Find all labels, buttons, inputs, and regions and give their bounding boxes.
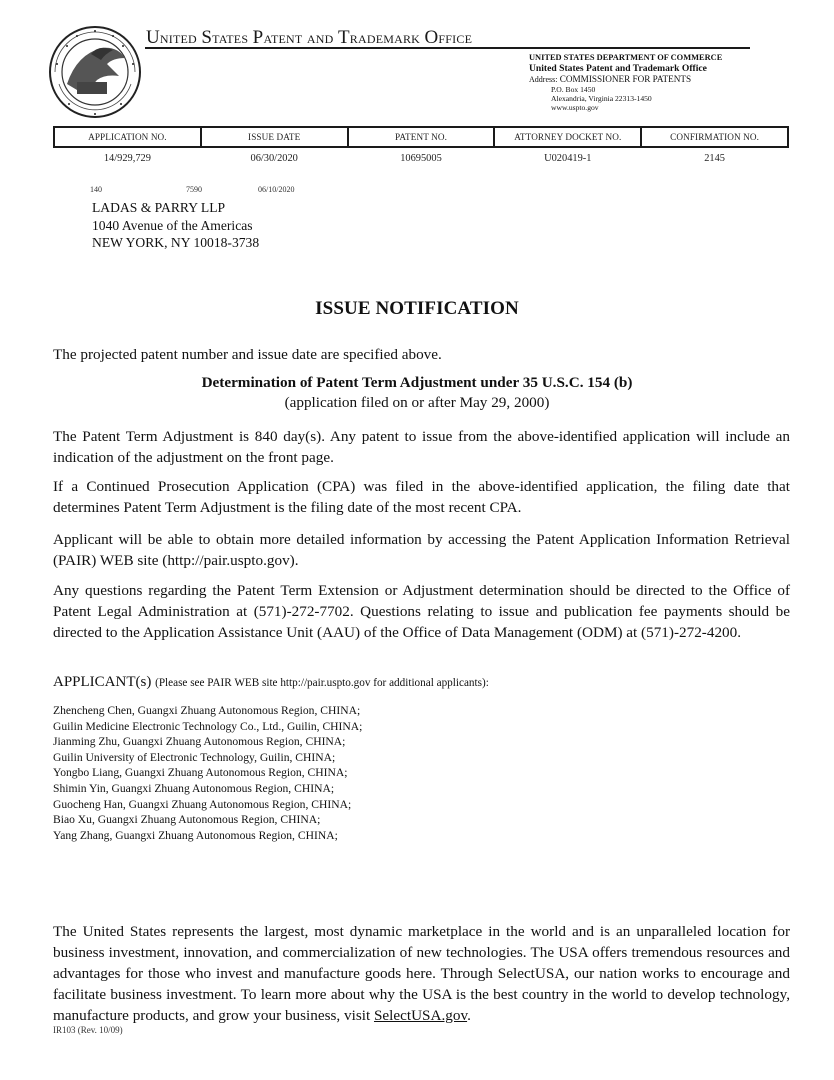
office-title: United States Patent and Trademark Offic… bbox=[146, 27, 472, 49]
pair-paragraph: Applicant will be able to obtain more de… bbox=[53, 529, 790, 571]
list-item: Guilin University of Electronic Technolo… bbox=[53, 750, 362, 766]
list-item: Biao Xu, Guangxi Zhuang Autonomous Regio… bbox=[53, 812, 362, 828]
list-item: Yang Zhang, Guangxi Zhuang Autonomous Re… bbox=[53, 828, 362, 844]
column-header-attorney-docket-no: ATTORNEY DOCKET NO. bbox=[494, 127, 641, 147]
application-no-value: 14/929,729 bbox=[54, 147, 201, 165]
form-identifier: IR103 (Rev. 10/09) bbox=[53, 1025, 123, 1035]
list-item: Guilin Medicine Electronic Technology Co… bbox=[53, 719, 362, 735]
patent-no-value: 10695005 bbox=[348, 147, 495, 165]
address-label: Address: bbox=[529, 75, 557, 84]
mail-date: 06/10/2020 bbox=[258, 185, 294, 194]
selectusa-link[interactable]: SelectUSA.gov bbox=[374, 1007, 467, 1024]
patent-info-table: APPLICATION NO. ISSUE DATE PATENT NO. AT… bbox=[53, 126, 789, 165]
applicant-heading: APPLICANT(s) (Please see PAIR WEB site h… bbox=[53, 674, 489, 691]
projected-paragraph: The projected patent number and issue da… bbox=[53, 344, 790, 365]
column-header-confirmation-no: CONFIRMATION NO. bbox=[641, 127, 788, 147]
pta-heading-block: Determination of Patent Term Adjustment … bbox=[0, 373, 834, 413]
mail-code-1: 140 bbox=[90, 185, 102, 194]
list-item: Jianming Zhu, Guangxi Zhuang Autonomous … bbox=[53, 734, 362, 750]
pta-heading: Determination of Patent Term Adjustment … bbox=[0, 373, 834, 393]
po-box: P.O. Box 1450 bbox=[529, 85, 722, 94]
pta-paragraph: The Patent Term Adjustment is 840 day(s)… bbox=[53, 426, 790, 468]
list-item: Yongbo Liang, Guangxi Zhuang Autonomous … bbox=[53, 765, 362, 781]
selectusa-paragraph: The United States represents the largest… bbox=[53, 921, 790, 1026]
table-row: 14/929,729 06/30/2020 10695005 U020419-1… bbox=[54, 147, 788, 165]
document-title: ISSUE NOTIFICATION bbox=[0, 298, 834, 320]
addressee-street: 1040 Avenue of the Americas bbox=[92, 217, 259, 235]
list-item: Zhencheng Chen, Guangxi Zhuang Autonomou… bbox=[53, 703, 362, 719]
address-line: Address: COMMISSIONER FOR PATENTS bbox=[529, 74, 722, 85]
addressee-name: LADAS & PARRY LLP bbox=[92, 199, 259, 217]
department-name: UNITED STATES DEPARTMENT OF COMMERCE bbox=[529, 53, 722, 63]
column-header-patent-no: PATENT NO. bbox=[348, 127, 495, 147]
header-rule bbox=[145, 47, 750, 49]
questions-paragraph: Any questions regarding the Patent Term … bbox=[53, 580, 790, 643]
issue-date-value: 06/30/2020 bbox=[201, 147, 348, 165]
pta-subheading: (application filed on or after May 29, 2… bbox=[0, 393, 834, 413]
applicant-note: (Please see PAIR WEB site http://pair.us… bbox=[155, 677, 489, 689]
addressee-city: NEW YORK, NY 10018-3738 bbox=[92, 234, 259, 252]
website: www.uspto.gov bbox=[529, 103, 722, 112]
department-address-block: UNITED STATES DEPARTMENT OF COMMERCE Uni… bbox=[529, 53, 722, 112]
uspto-seal-icon bbox=[47, 24, 143, 120]
applicant-list: Zhencheng Chen, Guangxi Zhuang Autonomou… bbox=[53, 703, 362, 843]
address-commissioner: COMMISSIONER FOR PATENTS bbox=[560, 74, 691, 84]
list-item: Guocheng Han, Guangxi Zhuang Autonomous … bbox=[53, 797, 362, 813]
list-item: Shimin Yin, Guangxi Zhuang Autonomous Re… bbox=[53, 781, 362, 797]
applicant-label: APPLICANT(s) bbox=[53, 674, 151, 690]
confirmation-no-value: 2145 bbox=[641, 147, 788, 165]
agency-name: United States Patent and Trademark Offic… bbox=[529, 63, 722, 74]
attorney-docket-no-value: U020419-1 bbox=[494, 147, 641, 165]
cpa-paragraph: If a Continued Prosecution Application (… bbox=[53, 476, 790, 518]
column-header-issue-date: ISSUE DATE bbox=[201, 127, 348, 147]
selectusa-end: . bbox=[467, 1007, 471, 1024]
mail-code-2: 7590 bbox=[186, 185, 202, 194]
column-header-application-no: APPLICATION NO. bbox=[54, 127, 201, 147]
city-state: Alexandria, Virginia 22313-1450 bbox=[529, 94, 722, 103]
addressee-block: LADAS & PARRY LLP 1040 Avenue of the Ame… bbox=[92, 199, 259, 252]
